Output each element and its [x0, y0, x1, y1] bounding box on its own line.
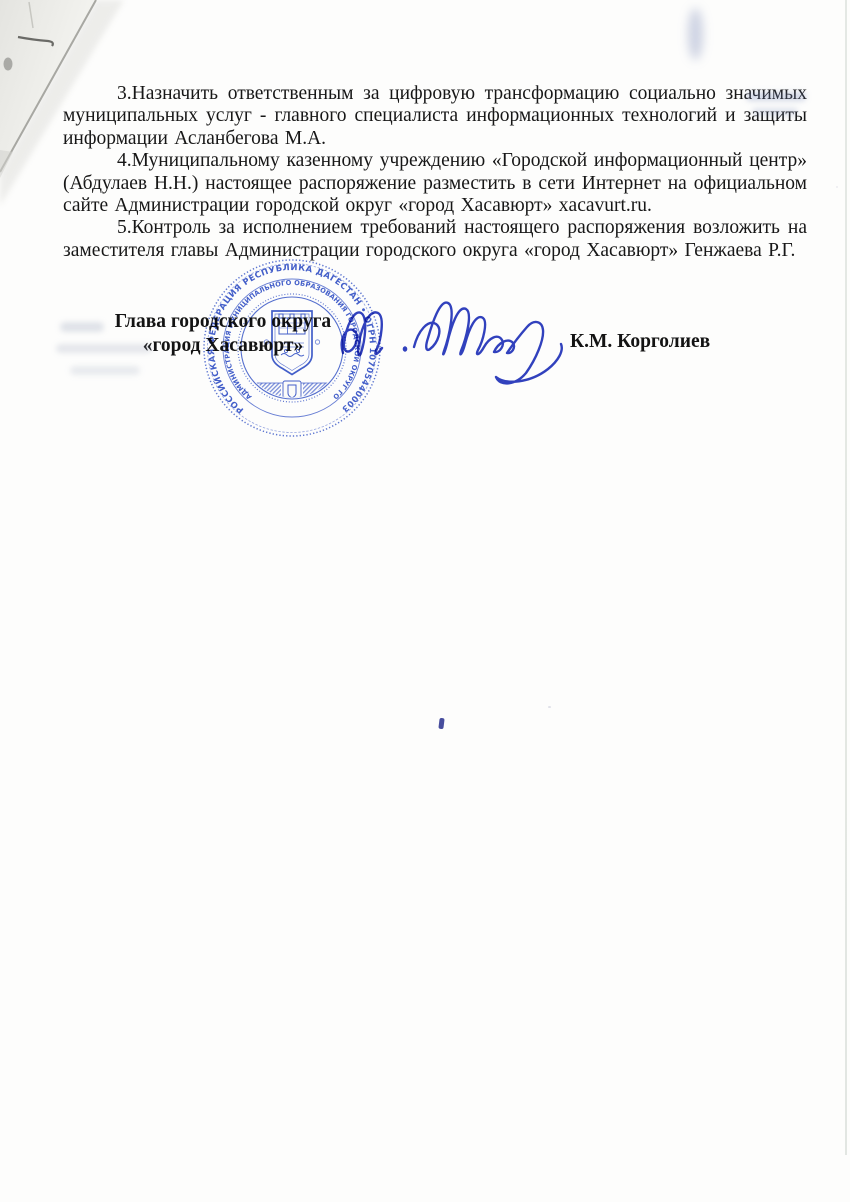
stamp-coat-of-arms — [264, 311, 319, 375]
ink-comma-mark — [438, 718, 444, 730]
body-paragraph-5: 5.Контроль за исполнением требований нас… — [63, 217, 807, 262]
body-paragraph-4: 4.Муниципальному казенному учреждению «Г… — [63, 150, 807, 217]
stamp-bottom-band — [244, 381, 340, 399]
document-body: 3.Назначить ответственным за цифровую тр… — [63, 83, 807, 262]
scan-mark-blob — [4, 58, 13, 71]
ink-speck — [548, 706, 551, 708]
signer-name: К.М. Корголиев — [570, 331, 710, 353]
page-edge-line — [845, 0, 847, 1155]
bleed-through-mark — [70, 366, 140, 375]
signature-initials-stroke — [342, 312, 382, 355]
scanned-document-page: 3.Назначить ответственным за цифровую тр… — [0, 0, 850, 1202]
signature — [328, 283, 576, 407]
ink-speck — [836, 186, 838, 188]
body-paragraph-3: 3.Назначить ответственным за цифровую тр… — [63, 83, 807, 150]
signature-surname-stroke — [414, 303, 562, 384]
bleed-through-mark — [688, 8, 703, 60]
signature-dot — [403, 346, 408, 351]
